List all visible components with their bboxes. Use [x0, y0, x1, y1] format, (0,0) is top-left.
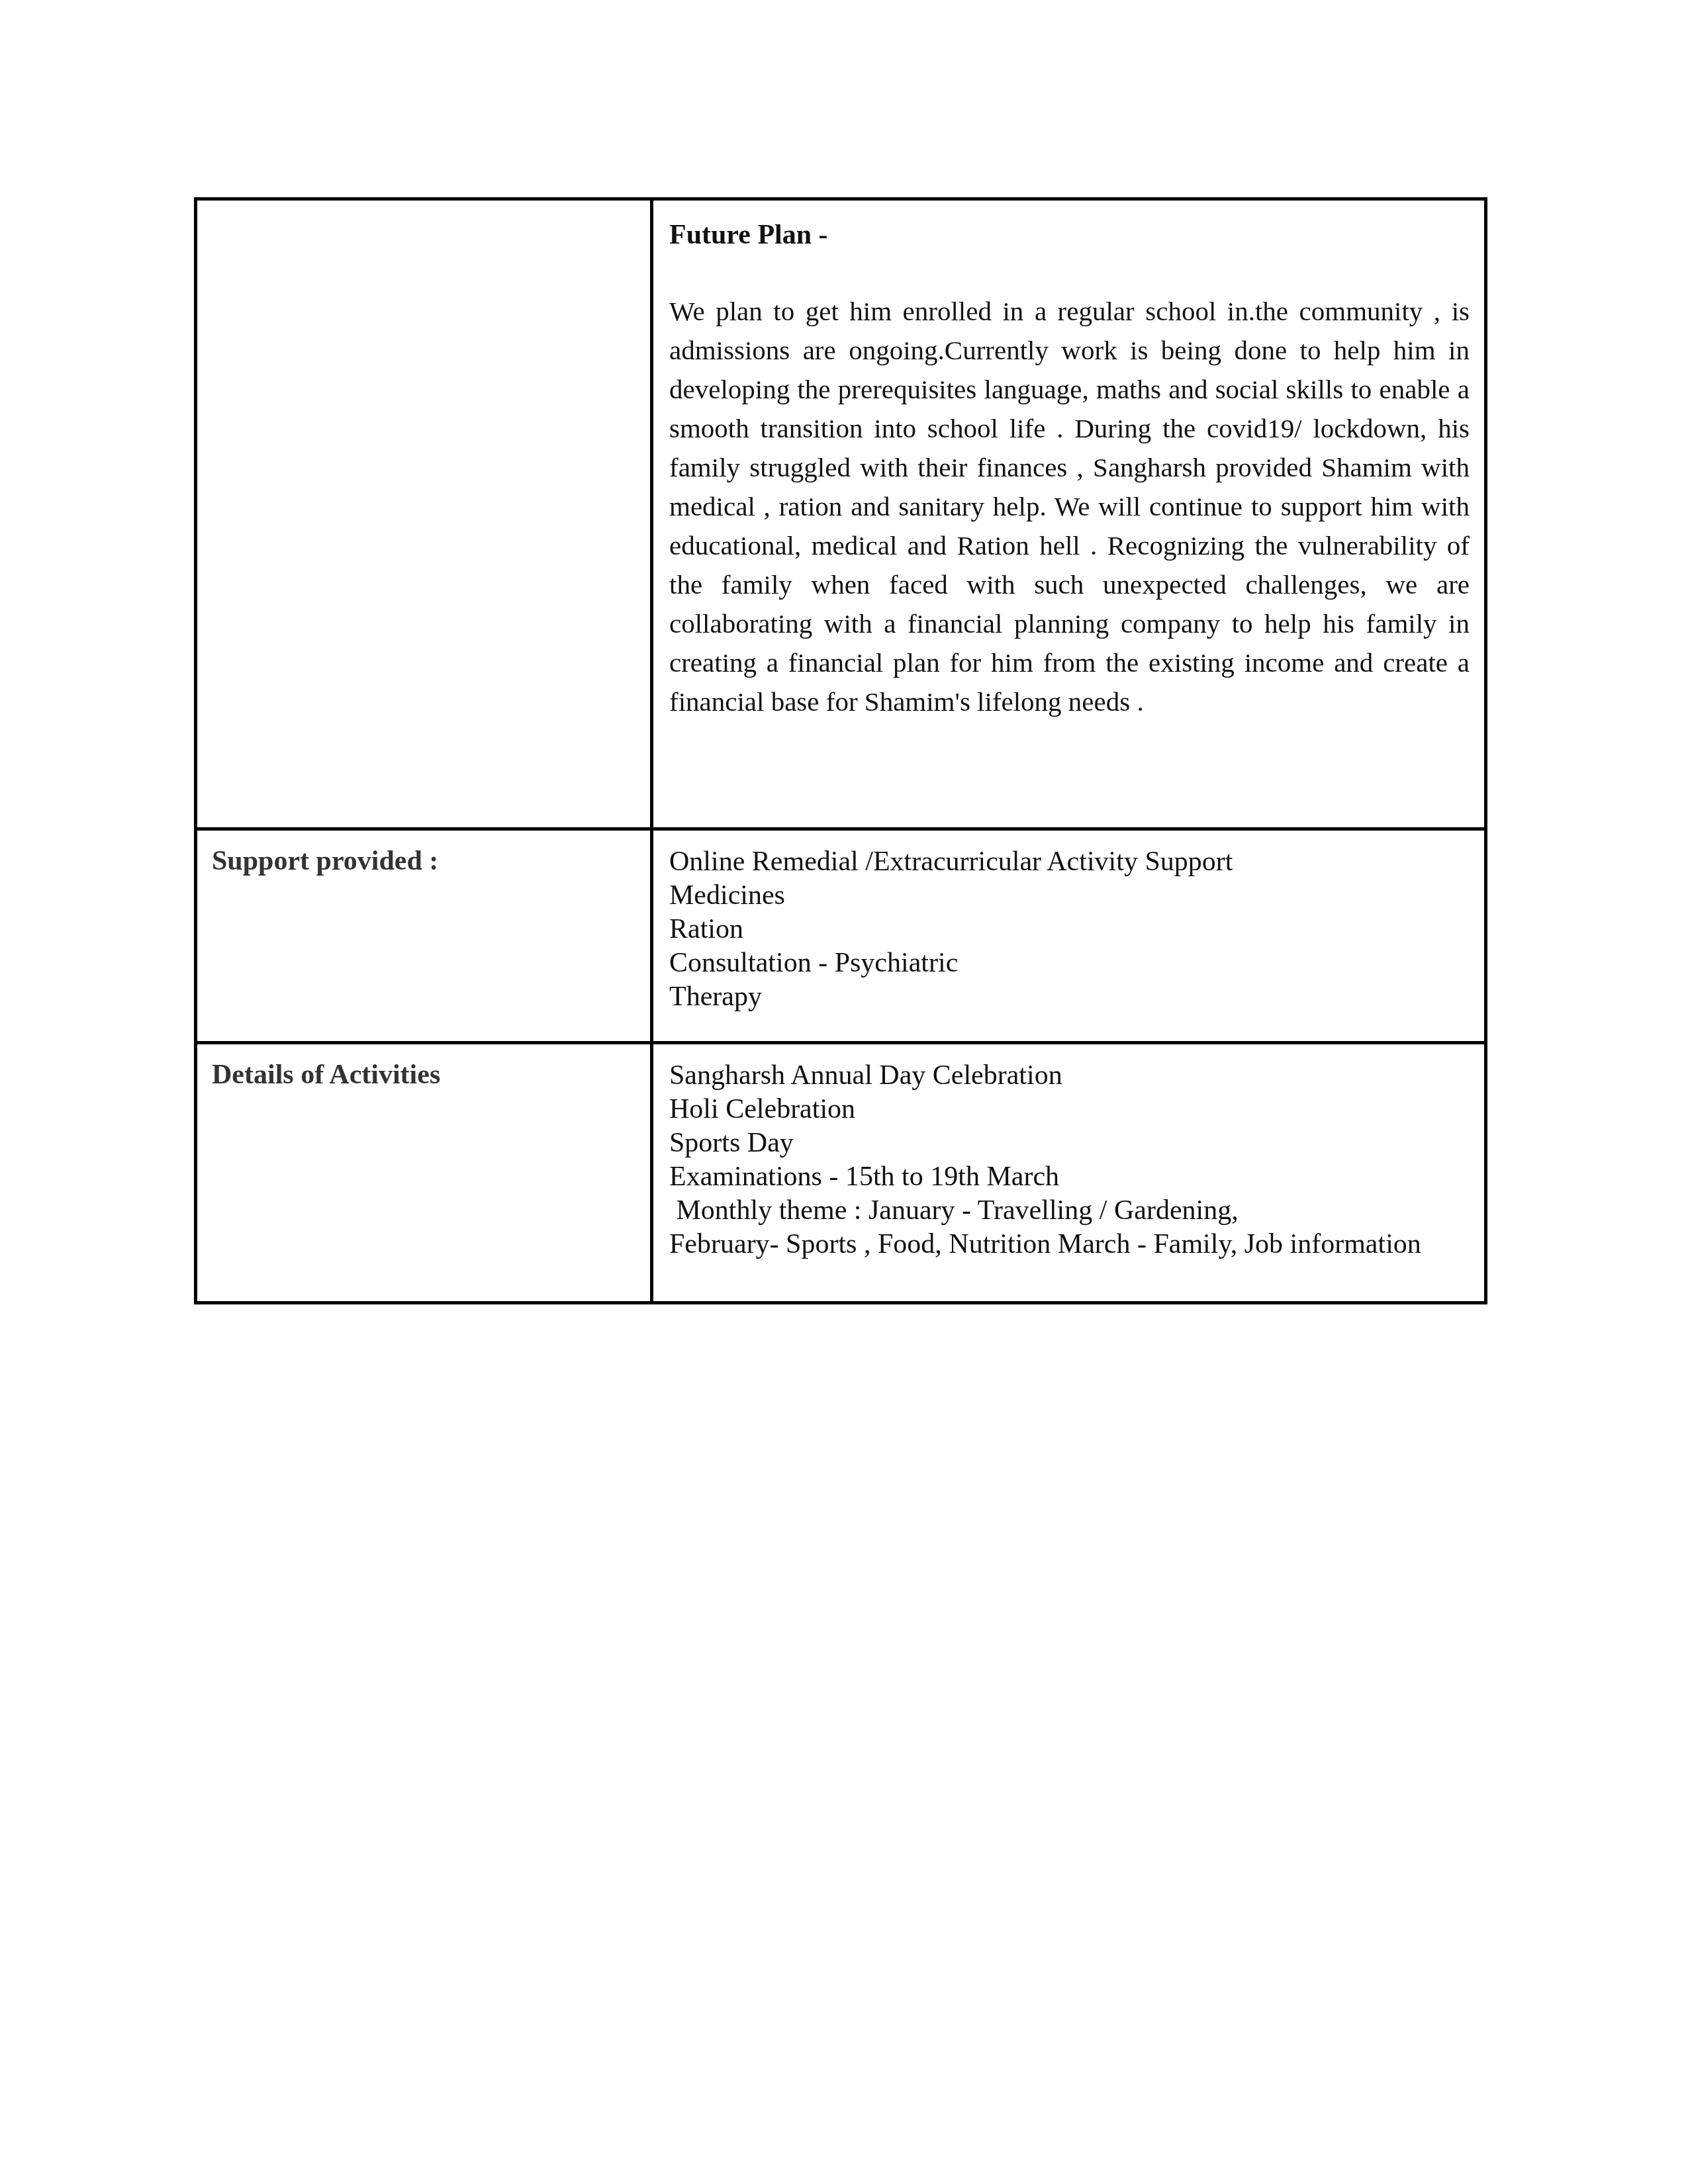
support-item: Online Remedial /Extracurricular Activit… [669, 845, 1470, 879]
future-plan-row: Future Plan - We plan to get him enrolle… [196, 199, 1486, 829]
activity-item: February- Sports , Food, Nutrition March… [669, 1228, 1470, 1261]
activity-item: Sports Day [669, 1126, 1470, 1160]
support-item: Ration [669, 913, 1470, 946]
activities-label: Details of Activities [196, 1043, 652, 1303]
support-list: Online Remedial /Extracurricular Activit… [669, 845, 1470, 1014]
activities-row: Details of Activities Sangharsh Annual D… [196, 1043, 1486, 1303]
future-plan-content-cell: Future Plan - We plan to get him enrolle… [652, 199, 1486, 829]
support-provided-row: Support provided : Online Remedial /Extr… [196, 829, 1486, 1043]
activities-list: Sangharsh Annual Day Celebration Holi Ce… [669, 1059, 1470, 1261]
future-plan-label-cell [196, 199, 652, 829]
support-provided-content: Online Remedial /Extracurricular Activit… [652, 829, 1486, 1043]
activity-item: Examinations - 15th to 19th March [669, 1160, 1470, 1194]
future-plan-body: We plan to get him enrolled in a regular… [669, 292, 1470, 721]
support-provided-label: Support provided : [196, 829, 652, 1043]
support-item: Therapy [669, 980, 1470, 1014]
document-table: Future Plan - We plan to get him enrolle… [194, 197, 1487, 1304]
activity-item: Monthly theme : January - Travelling / G… [669, 1194, 1470, 1228]
activity-item: Sangharsh Annual Day Celebration [669, 1059, 1470, 1093]
support-item: Medicines [669, 879, 1470, 913]
future-plan-heading: Future Plan - [669, 215, 1470, 255]
activity-item: Holi Celebration [669, 1093, 1470, 1126]
support-item: Consultation - Psychiatric [669, 946, 1470, 980]
activities-content: Sangharsh Annual Day Celebration Holi Ce… [652, 1043, 1486, 1303]
